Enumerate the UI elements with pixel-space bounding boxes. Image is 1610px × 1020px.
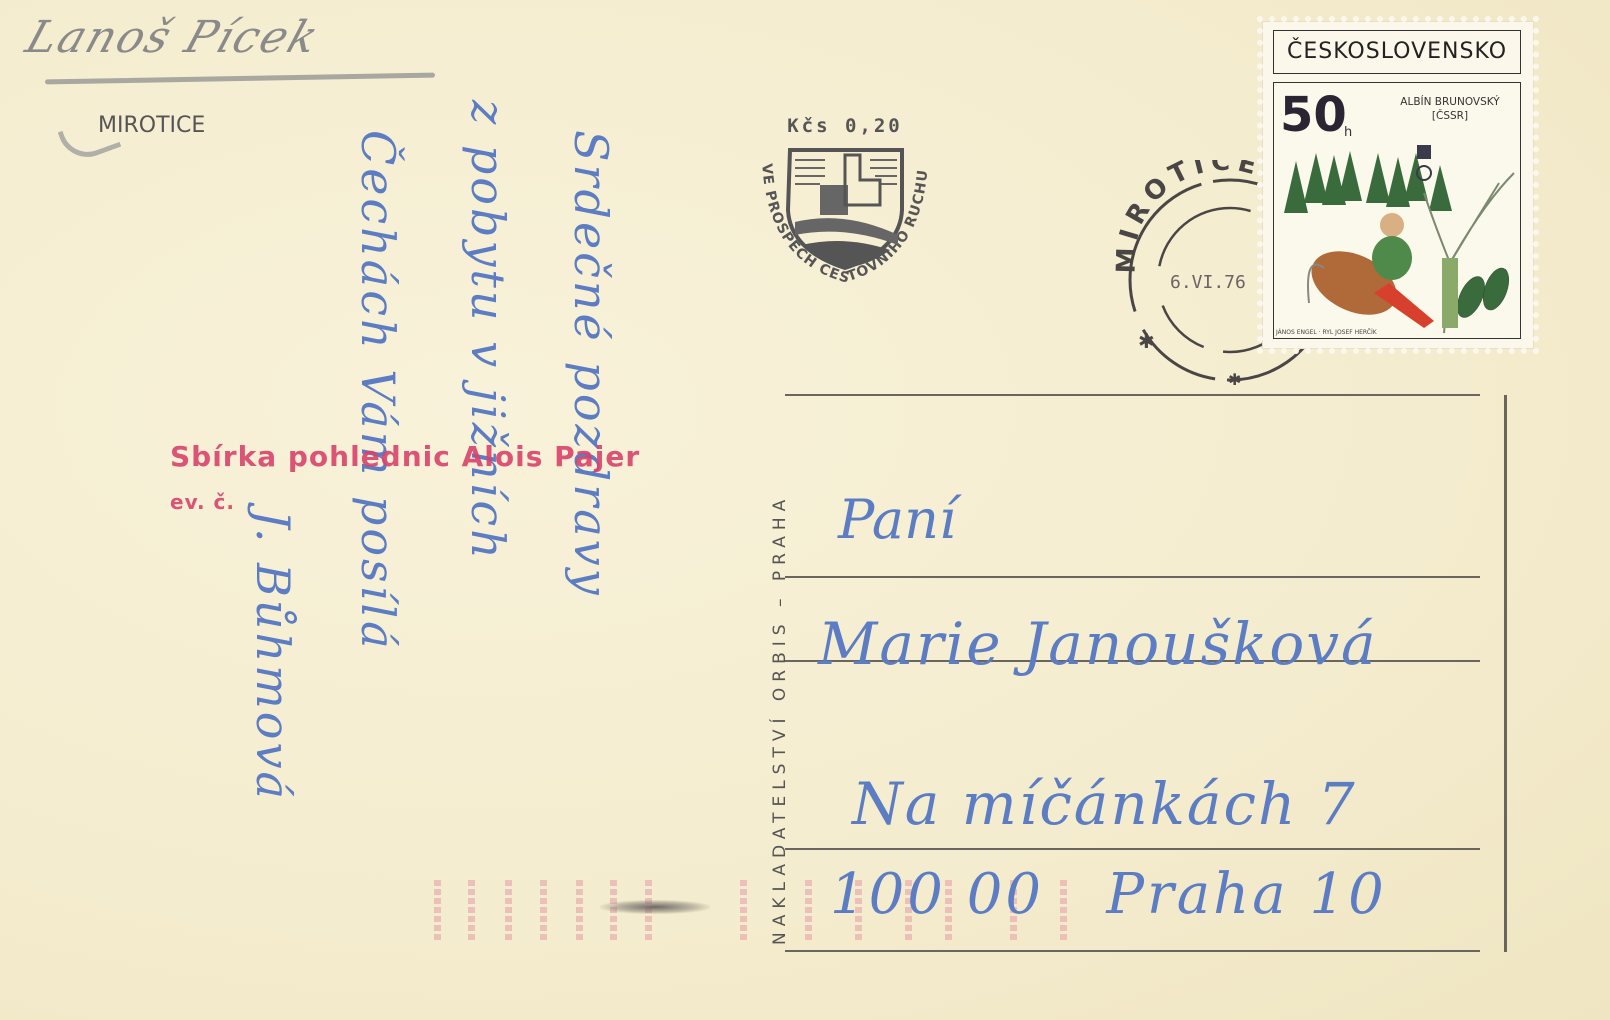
address-frame-right	[1504, 395, 1507, 952]
pencil-underline	[45, 73, 435, 85]
message-line-1: Srdečné pozdravy	[564, 130, 618, 598]
address-city: 100 00 Praha 10	[830, 862, 1387, 927]
postage-stamp: ČESKOSLOVENSKO 50 h ALBÍN BRUNOVSKÝ [ČSS…	[1263, 22, 1533, 348]
message-line-2: z pobytu v jižních	[461, 100, 515, 562]
stamp-country: ČESKOSLOVENSKO	[1273, 30, 1521, 74]
collection-number-label: ev. č.	[170, 490, 235, 514]
ink-smudge	[600, 900, 710, 914]
collection-stamp: Sbírka pohlednic Alois Pajer	[170, 440, 640, 473]
svg-text:✱: ✱	[1138, 331, 1155, 353]
address-line-5	[785, 950, 1480, 952]
address-salutation: Paní	[838, 488, 956, 551]
stamp-engraver-credit: JÁNOS ENGEL · RYL JOSEF HERČÍK	[1276, 329, 1377, 336]
address-line-4	[785, 848, 1480, 850]
address-recipient: Marie Janoušková	[818, 610, 1378, 678]
svg-text:MIROTICE: MIROTICE	[1111, 160, 1265, 274]
postcard-back: Lanoš Pícek MIROTICE Srdečné pozdravy z …	[0, 0, 1610, 1020]
message-signature: J. Bůhmová	[246, 510, 300, 802]
address-street: Na míčánkách 7	[852, 770, 1357, 838]
address-line-2	[785, 576, 1480, 578]
publisher-imprint: NAKLADATELSTVÍ ORBIS – PRAHA	[770, 494, 790, 945]
meter-stamp-castle: Kčs 0,20 VE PROSPĚCH CESTOVNÍHO RUCHU	[740, 110, 950, 290]
svg-text:✱: ✱	[1228, 372, 1241, 389]
place-caption: MIROTICE	[98, 113, 205, 138]
pencil-note: Lanoš Pícek	[20, 12, 326, 63]
stamp-illustration: 50 h ALBÍN BRUNOVSKÝ [ČSSR]	[1273, 82, 1521, 339]
message-line-3: Čechách Vám posílá	[351, 130, 405, 652]
stamp-artwork	[1274, 83, 1520, 338]
postmark-date: 6.VI.76	[1170, 272, 1246, 293]
meter-value-text: Kčs 0,20	[787, 115, 903, 137]
address-line-1	[785, 394, 1480, 396]
postmark-town: MIROTICE	[1111, 160, 1265, 274]
